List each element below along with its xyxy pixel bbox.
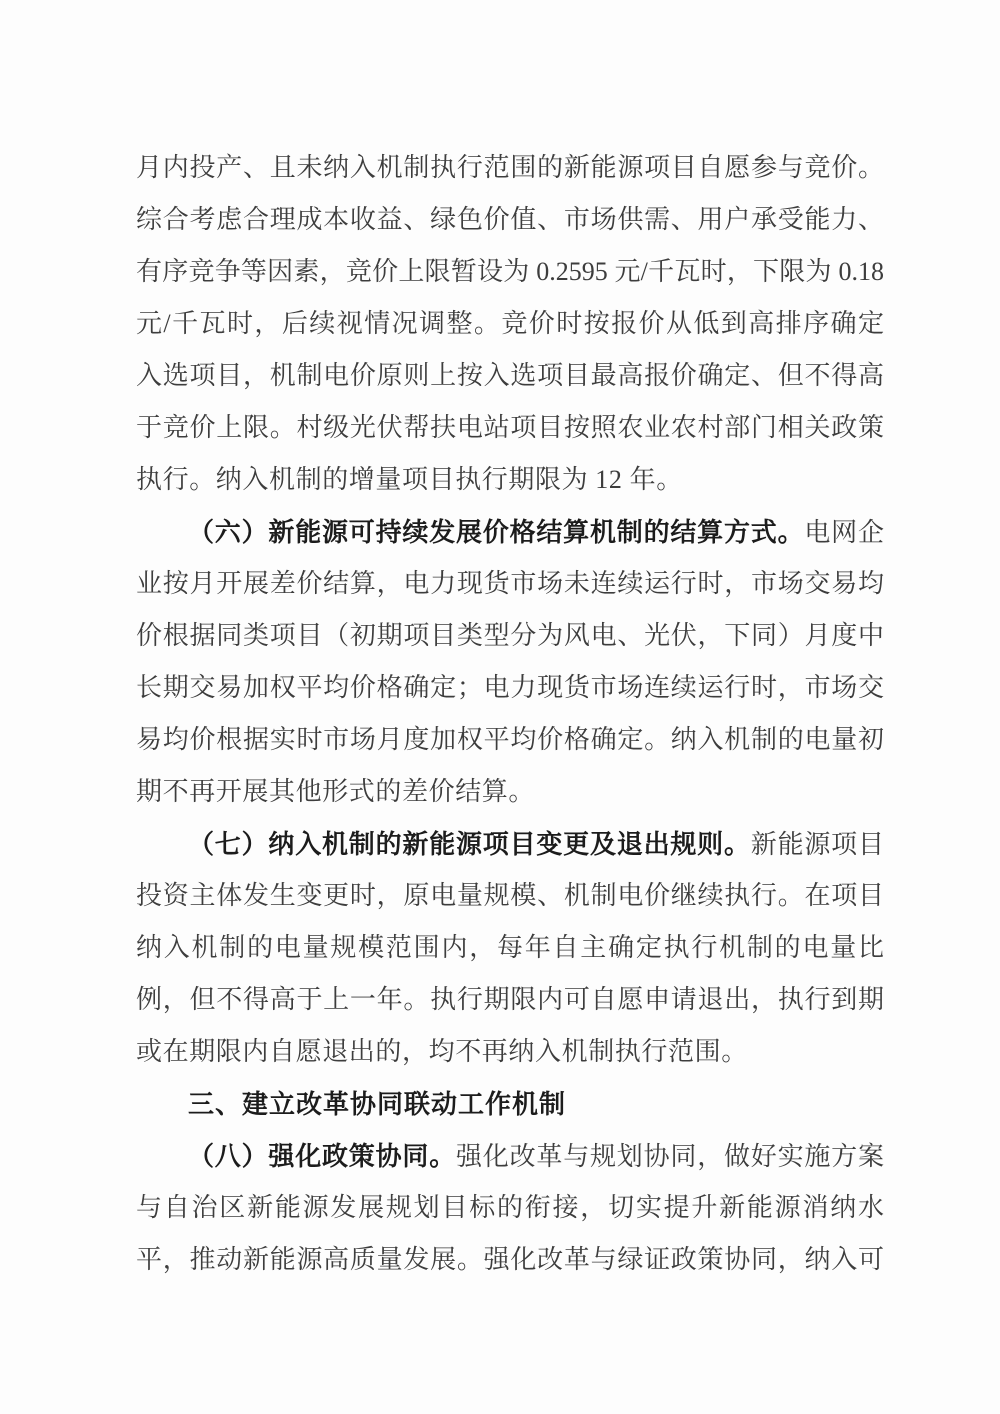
- text-line: （八）强化政策协同。强化改革与规划协同，做好实施方案: [136, 1130, 884, 1182]
- text-line: 投资主体发生变更时，原电量规模、机制电价继续执行。在项目: [136, 870, 884, 922]
- text-line: 月内投产、且未纳入机制执行范围的新能源项目自愿参与竞价。: [136, 142, 884, 194]
- text-line: 价根据同类项目（初期项目类型分为风电、光伏，下同）月度中: [136, 610, 884, 662]
- text-line: 业按月开展差价结算，电力现货市场未连续运行时，市场交易均: [136, 558, 884, 610]
- text-line: 平，推动新能源高质量发展。强化改革与绿证政策协同，纳入可: [136, 1234, 884, 1286]
- section-6-bold-lead: （六）新能源可持续发展价格结算机制的结算方式。: [188, 517, 804, 547]
- text-line: 元/千瓦时，后续视情况调整。竞价时按报价从低到高排序确定: [136, 298, 884, 350]
- section-7-lead-rest: 新能源项目: [751, 830, 884, 859]
- paragraph-section-7: （七）纳入机制的新能源项目变更及退出规则。新能源项目 投资主体发生变更时，原电量…: [136, 818, 884, 1078]
- paragraph-bidding-continuation: 月内投产、且未纳入机制执行范围的新能源项目自愿参与竞价。 综合考虑合理成本收益、…: [136, 142, 884, 506]
- text-line: 纳入机制的电量规模范围内，每年自主确定执行机制的电量比: [136, 922, 884, 974]
- section-6-lead-rest: 电网企: [804, 518, 884, 547]
- document-page: 月内投产、且未纳入机制执行范围的新能源项目自愿参与竞价。 综合考虑合理成本收益、…: [0, 0, 1000, 1414]
- text-line: 综合考虑合理成本收益、绿色价值、市场供需、用户承受能力、: [136, 194, 884, 246]
- paragraph-section-6: （六）新能源可持续发展价格结算机制的结算方式。电网企 业按月开展差价结算，电力现…: [136, 506, 884, 818]
- text-line: （六）新能源可持续发展价格结算机制的结算方式。电网企: [136, 506, 884, 558]
- text-line: 入选项目，机制电价原则上按入选项目最高报价确定、但不得高: [136, 350, 884, 402]
- text-line: 或在期限内自愿退出的，均不再纳入机制执行范围。: [136, 1026, 884, 1078]
- text-line: 期不再开展其他形式的差价结算。: [136, 766, 884, 818]
- text-line: 例，但不得高于上一年。执行期限内可自愿申请退出，执行到期: [136, 974, 884, 1026]
- text-line: 有序竞争等因素，竞价上限暂设为 0.2595 元/千瓦时，下限为 0.18: [136, 246, 884, 298]
- section-heading-3: 三、建立改革协同联动工作机制: [136, 1078, 884, 1130]
- text-line: 易均价根据实时市场月度加权平均价格确定。纳入机制的电量初: [136, 714, 884, 766]
- text-line: 于竞价上限。村级光伏帮扶电站项目按照农业农村部门相关政策: [136, 402, 884, 454]
- document-text-content: 月内投产、且未纳入机制执行范围的新能源项目自愿参与竞价。 综合考虑合理成本收益、…: [136, 142, 884, 1286]
- text-line: （七）纳入机制的新能源项目变更及退出规则。新能源项目: [136, 818, 884, 870]
- text-line: 长期交易加权平均价格确定；电力现货市场连续运行时，市场交: [136, 662, 884, 714]
- text-line: 与自治区新能源发展规划目标的衔接，切实提升新能源消纳水: [136, 1182, 884, 1234]
- text-line: 执行。纳入机制的增量项目执行期限为 12 年。: [136, 454, 884, 506]
- section-8-lead-rest: 强化改革与规划协同，做好实施方案: [456, 1142, 884, 1171]
- paragraph-section-8: （八）强化政策协同。强化改革与规划协同，做好实施方案 与自治区新能源发展规划目标…: [136, 1130, 884, 1286]
- section-7-bold-lead: （七）纳入机制的新能源项目变更及退出规则。: [188, 829, 751, 859]
- section-8-bold-lead: （八）强化政策协同。: [188, 1141, 456, 1171]
